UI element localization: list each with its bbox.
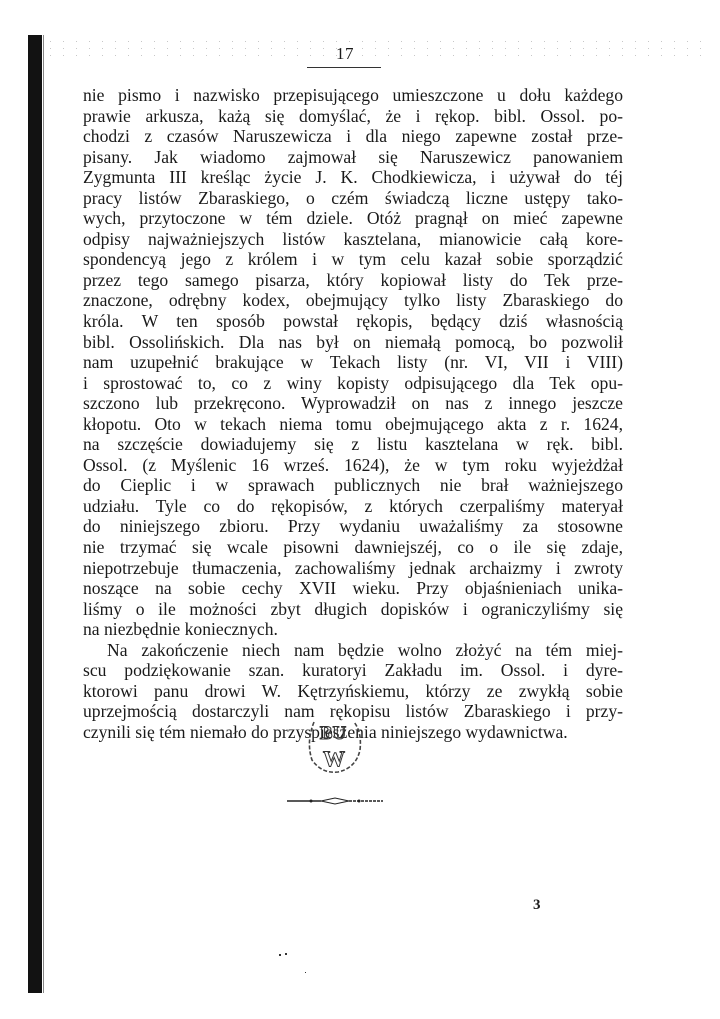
text-line: szczono lub przekręcono. Wyprowadził on … [83, 393, 623, 414]
text-line: scu podziękowanie szan. kuratoryi Zakład… [83, 660, 623, 681]
text-line: wych, przytoczone w tém dziele. Otóż pra… [83, 208, 623, 229]
text-line: chodzi z czasów Naruszewicza i dla niego… [83, 126, 623, 147]
text-line: ktorowi panu drowi W. Kętrzyńskiemu, któ… [83, 681, 623, 702]
signature-mark: 3 [533, 897, 541, 914]
page-number-top: 17 [305, 44, 385, 64]
text-line: na niezbędnie koniecznych. [83, 619, 623, 640]
text-line: do Cieplic i w sprawach publicznych nie … [83, 475, 623, 496]
text-line: nie trzymać się wcale pisowni dawniejszé… [83, 537, 623, 558]
paragraph-1: nie pismo i nazwisko przepisującego umie… [83, 85, 623, 640]
scan-speck [279, 954, 281, 956]
text-line: do niniejszego zbioru. Przy wydaniu uważ… [83, 516, 623, 537]
text-line: pracy listów Zbaraskiego, o czém świadcz… [83, 188, 623, 209]
library-stamp-icon: BU W [302, 712, 364, 776]
text-line: liśmy o ile możności zbyt długich dopisk… [83, 599, 623, 620]
stamp-bottom-text: W [323, 746, 345, 771]
text-line: niepotrzebuje tłumaczenia, zachowaliśmy … [83, 558, 623, 579]
library-stamp: BU W [302, 712, 364, 776]
text-line: udziału. Tyle co do rękopisów, z których… [83, 496, 623, 517]
scan-binding-edge [28, 35, 42, 993]
ornament-icon [285, 796, 385, 806]
text-line: pisany. Jak wiadomo zajmował się Narusze… [83, 147, 623, 168]
text-line: przez tego samego pisarza, który kopiowa… [83, 270, 623, 291]
text-line: nam uzupełnić brakujące w Tekach listy (… [83, 352, 623, 373]
stamp-top-text: BU [320, 723, 347, 744]
text-line: bibl. Ossolińskich. Dla nas był on niema… [83, 332, 623, 353]
text-line: prawie arkusza, każą się domyślać, że i … [83, 106, 623, 127]
text-line: Ossol. (z Myślenic 16 wrześ. 1624), że w… [83, 455, 623, 476]
text-line: spondencyą jego z królem i w tym celu ka… [83, 249, 623, 270]
text-line: znaczone, odrębny kodex, obejmujący tylk… [83, 290, 623, 311]
text-line: na szczęście dowiadujemy się z listu kas… [83, 434, 623, 455]
scan-speck [285, 953, 287, 955]
scan-speck [305, 972, 306, 973]
body-text: nie pismo i nazwisko przepisującego umie… [83, 85, 623, 743]
scan-binding-shadow [43, 35, 44, 993]
text-line: Zygmunta III kreśląc życie J. K. Chodkie… [83, 167, 623, 188]
text-line: odpisy najważniejszych listów kasztelana… [83, 229, 623, 250]
page-number-rule [307, 67, 381, 68]
text-line: i sprostować to, co z winy kopisty odpis… [83, 373, 623, 394]
text-line: króla. W ten sposób powstał rękopis, będ… [83, 311, 623, 332]
text-line: noszące na sobie cechy XVII wieku. Przy … [83, 578, 623, 599]
text-line: nie pismo i nazwisko przepisującego umie… [83, 85, 623, 106]
section-end-ornament [285, 793, 385, 803]
text-line: kłopotu. Oto w tekach niema tomu obejmuj… [83, 414, 623, 435]
text-line: Na zakończenie niech nam będzie wolno zł… [83, 640, 623, 661]
